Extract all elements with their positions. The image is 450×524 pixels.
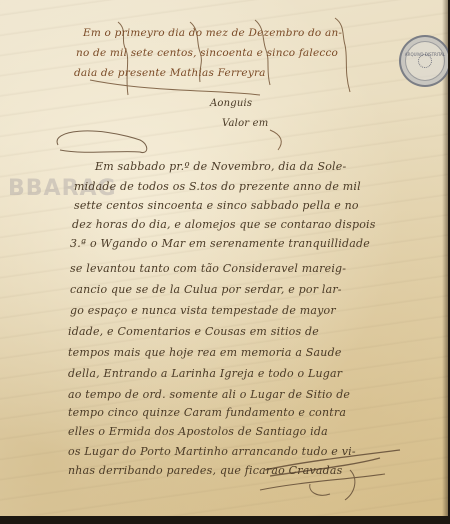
body-line-6: se levantou tanto com tão Consideravel m… (70, 262, 346, 275)
body-line-9: idade, e Comentarios e Cousas em sitios … (68, 325, 319, 338)
body-line-15: os Lugar do Porto Martinho arrancando tu… (68, 445, 356, 458)
body-line-1: Em sabbado pr.º de Novembro, dia da Sole… (95, 160, 346, 173)
body-line-14: elles o Ermida dos Apostolos de Santiago… (68, 425, 328, 438)
heading-line-3: daia de presente Mathias Ferreyra (74, 67, 266, 79)
body-line-4: dez horas do dia, e alomejos que se cont… (72, 218, 376, 231)
body-line-11: della, Entrando a Larinha Igreja e todo … (68, 367, 342, 380)
signature-line-1: Aonguis (210, 98, 252, 109)
body-line-3: sette centos sincoenta e sinco sabbado p… (74, 199, 359, 212)
body-line-8: go espaço e nunca vista tempestade de ma… (70, 304, 336, 317)
body-line-16: nhas derribando paredes, que ficarao Cra… (68, 464, 342, 477)
body-line-5: 3.ª o Wgando o Mar em serenamente tranqu… (70, 237, 370, 250)
body-line-13: tempo cinco quinze Caram fundamento e co… (68, 406, 346, 419)
heading-line-1: Em o primeyro dia do mez de Dezembro do … (83, 27, 342, 39)
heading-line-2: no de mil sete centos, sincoenta e sinco… (76, 47, 338, 59)
seal-emblem-icon (418, 54, 432, 68)
body-line-10: tempos mais que hoje rea em memoria a Sa… (68, 346, 342, 359)
manuscript-page: BBARAG ARQUIVO DISTRITAL Em o primeyro d… (0, 0, 448, 516)
archive-seal-stamp: ARQUIVO DISTRITAL (399, 35, 448, 87)
body-line-12: ao tempo de ord. somente ali o Lugar de … (68, 388, 350, 401)
body-line-7: cancio que se de la Culua por serdar, e … (70, 283, 342, 296)
scan-bottom-border (0, 516, 450, 524)
signature-line-2: Valor em (222, 118, 268, 129)
body-line-2: midade de todos os S.tos do prezente ann… (74, 180, 361, 193)
